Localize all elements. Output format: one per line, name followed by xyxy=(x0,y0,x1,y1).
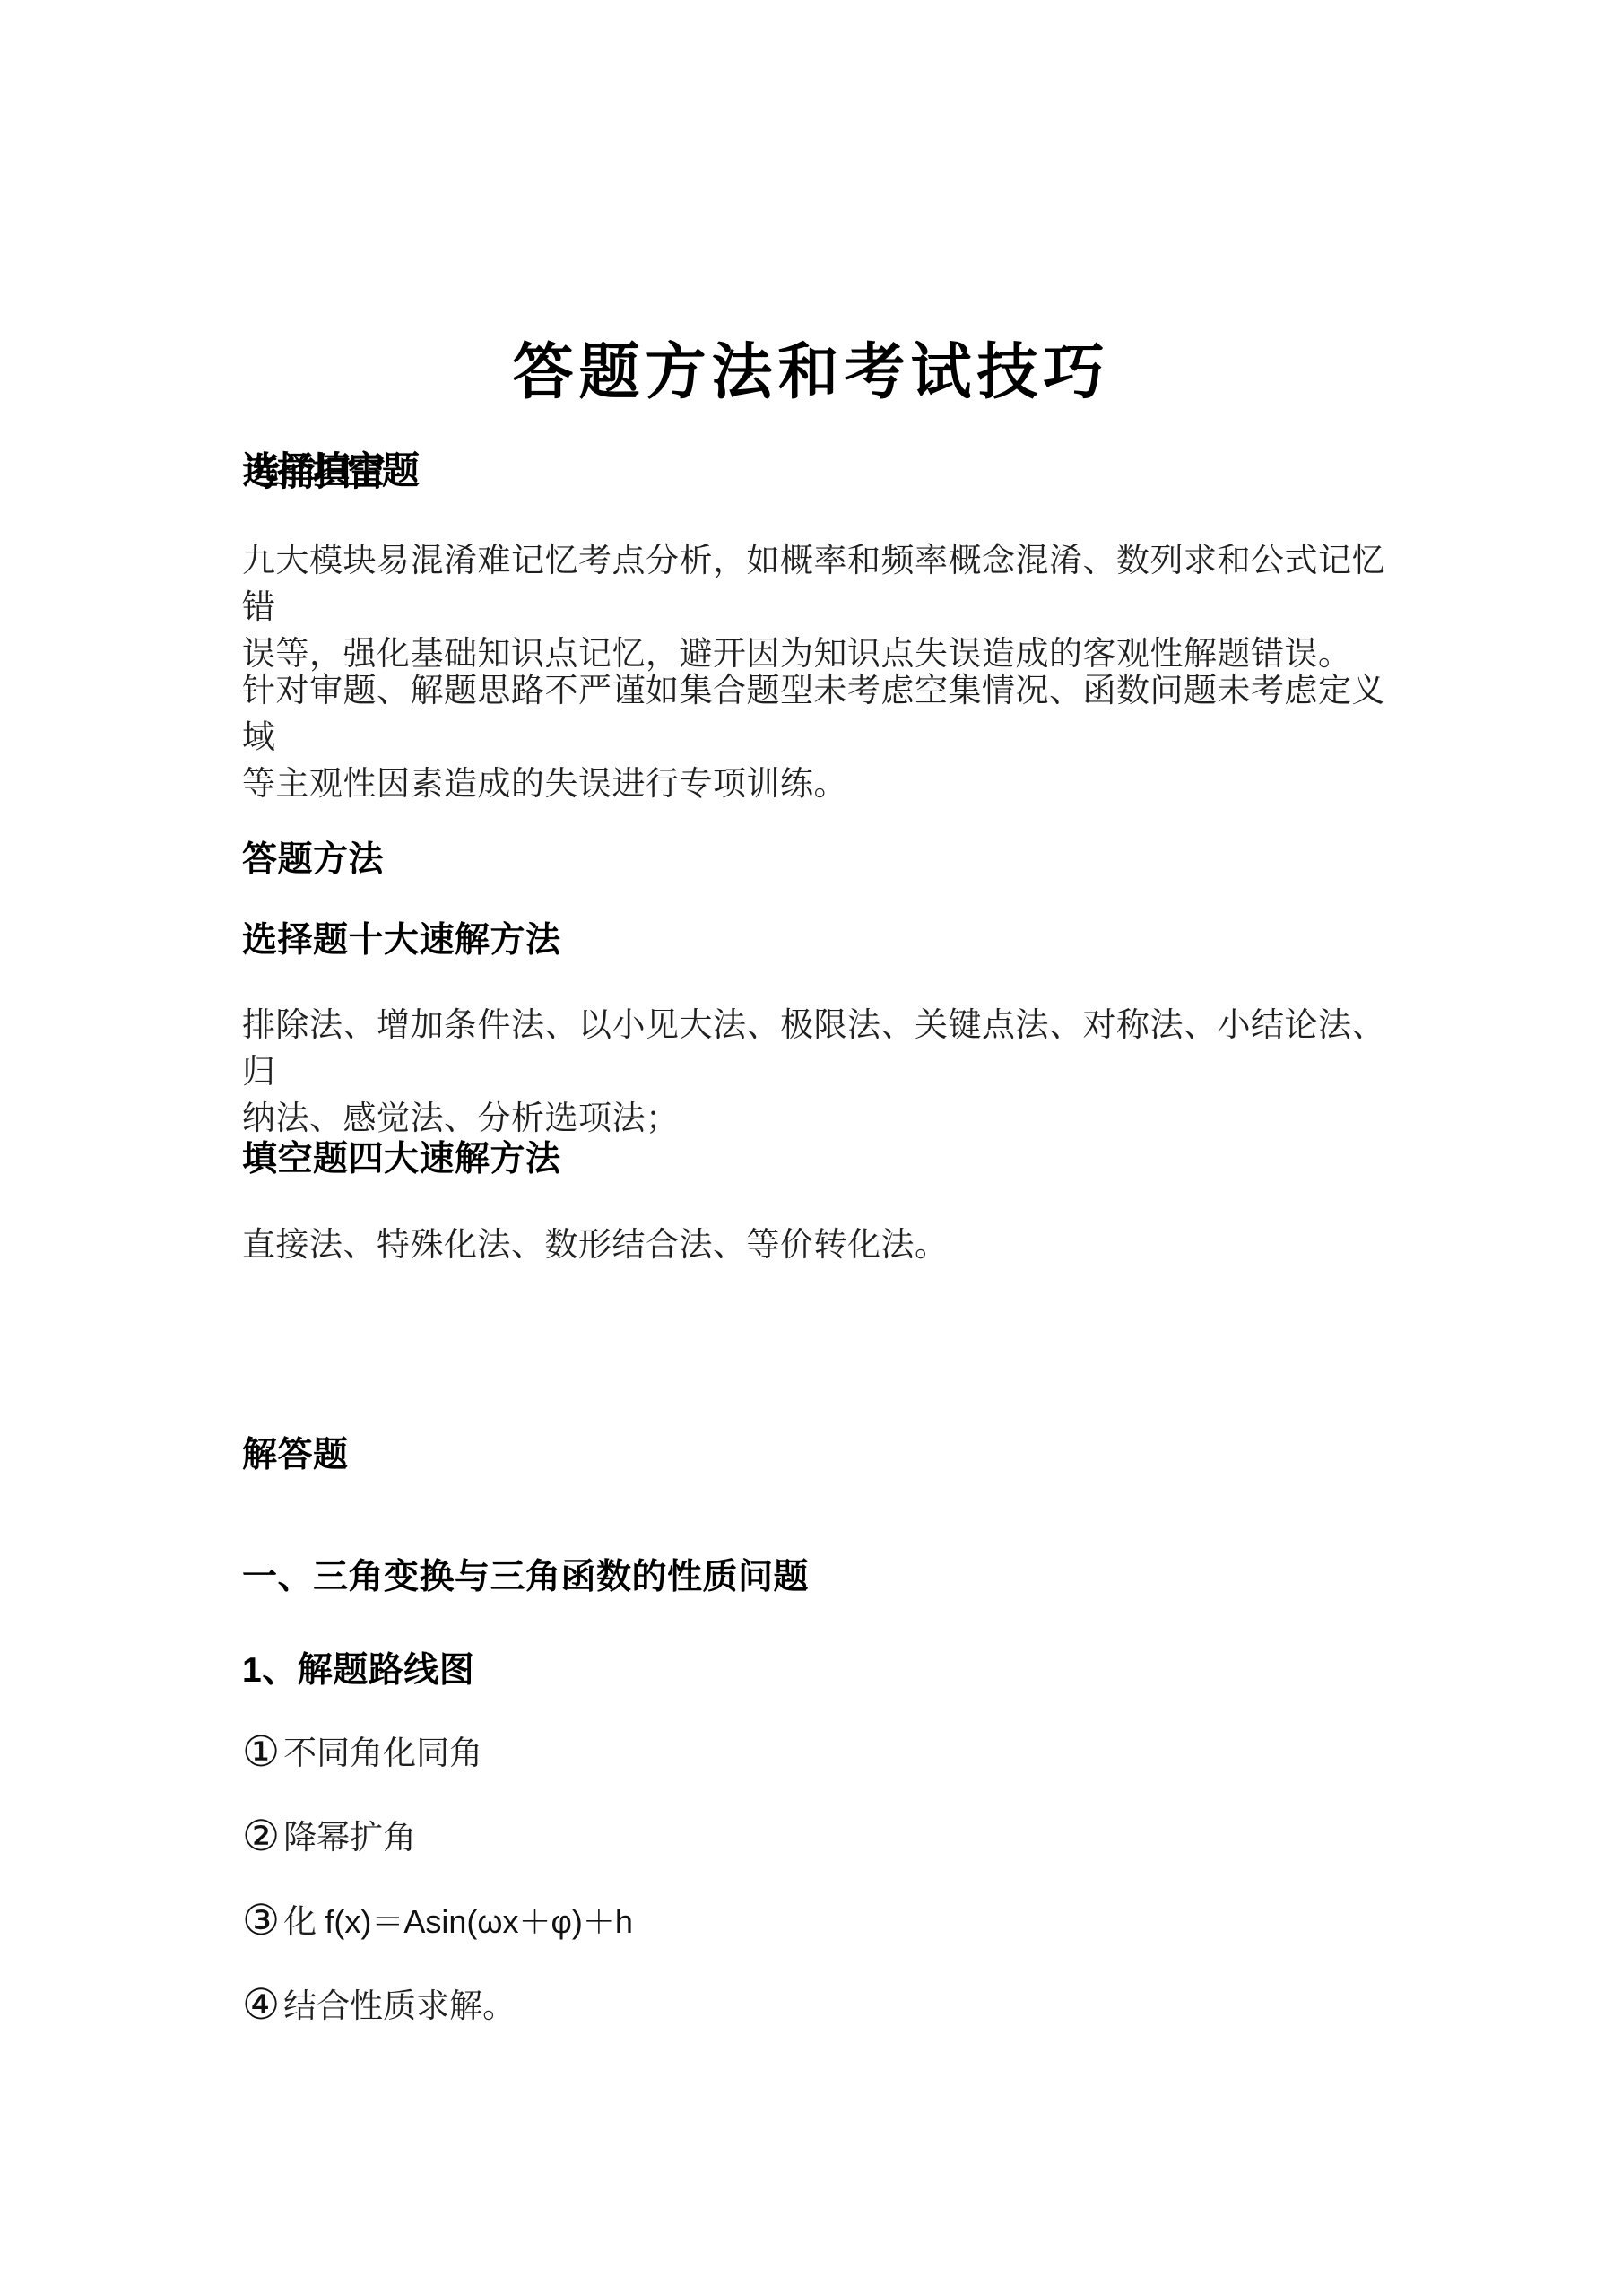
answer-methods-heading: 答题方法 xyxy=(242,839,384,881)
blank-methods-heading: 填空题四大速解方法 xyxy=(242,1139,561,1180)
route-step-2-text: 降幂扩角 xyxy=(283,1820,416,1857)
document-title: 答题方法和考试技巧 xyxy=(0,339,1622,405)
route-step-4: ④结合性质求解。 xyxy=(242,1979,516,2032)
route-map-heading: 1、解题路线图 xyxy=(242,1650,474,1692)
document-page: 答题方法和考试技巧 选择填空题 考前扫雷 九大模块易混淆难记忆考点分析，如概率和… xyxy=(0,0,1622,2296)
solution-questions-heading: 解答题 xyxy=(242,1435,349,1476)
circled-number-2-icon: ② xyxy=(242,1813,280,1860)
choice-methods-heading: 选择题十大速解方法 xyxy=(242,920,561,961)
route-step-3-text: 化 xyxy=(283,1904,325,1941)
intro-paragraph-2: 针对审题、解题思路不严谨如集合题型未考虑空集情况、函数问题未考虑定义域 等主观性… xyxy=(242,668,1417,808)
circled-number-4-icon: ④ xyxy=(242,1982,280,2029)
circled-number-3-icon: ③ xyxy=(242,1898,280,1944)
route-step-1-text: 不同角化同角 xyxy=(283,1735,482,1772)
intro-paragraph-1: 九大模块易混淆难记忆考点分析，如概率和频率概念混淆、数列求和公式记忆错 误等，强… xyxy=(242,538,1417,678)
route-step-3: ③化 f(x)＝Asin(ωx＋φ)＋h xyxy=(242,1894,633,1948)
corrupted-heading: 选择填空题 考前扫雷 xyxy=(242,445,619,504)
topic-1-heading: 一、三角变换与三角函数的性质问题 xyxy=(242,1557,809,1598)
route-step-2: ②降幂扩角 xyxy=(242,1810,416,1864)
route-step-4-text: 结合性质求解。 xyxy=(283,1988,516,2025)
blank-methods-list: 直接法、特殊化法、数形结合法、等价转化法。 xyxy=(242,1222,1417,1269)
choice-methods-list: 排除法、增加条件法、以小见大法、极限法、关键点法、对称法、小结论法、归 纳法、感… xyxy=(242,1003,1417,1143)
circled-number-1-icon: ① xyxy=(242,1729,280,1776)
route-step-1: ①不同角化同角 xyxy=(242,1726,482,1779)
route-step-3-formula: f(x)＝Asin(ωx＋φ)＋h xyxy=(325,1903,632,1940)
corrupted-heading-layer-back: 考前扫雷 xyxy=(243,447,383,500)
